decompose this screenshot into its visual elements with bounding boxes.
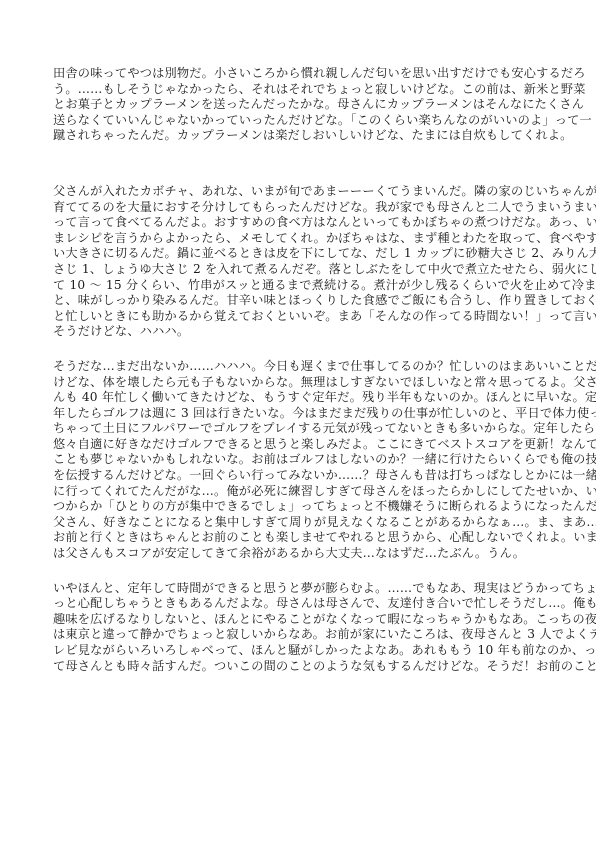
text-line: つからか「ひとりの方が集中できるでしょ」ってちょっと不機嫌そうに断られるようにな… [53,499,537,515]
text-line: 年したらゴルフは週に 3 回は行きたいな。今はまだまだ残りの仕事が忙しいのと、平… [53,406,537,422]
paragraph-kabocha: 父さんが入れたカボチャ、あれな、いまが旬であまーーーくてうまいんだ。隣の家のじい… [53,184,537,340]
text-line: っと心配しちゃうときもあるんだよな。母さんは母さんで、友達付き合いで忙しそうだし… [53,596,537,612]
paragraph-teinen: いやほんと、定年して時間ができると思うと夢が膨らむよ。……でもなあ、現実はどうか… [53,581,537,675]
text-line: ことも夢じゃないかもしれないな。お前はゴルフはしないのか？一緒に行けたらいくらで… [53,452,537,468]
text-line: さじ 1、しょうゆ大さじ 2 を入れて煮るんだぞ。落としぶたをして中火で煮立たせ… [53,262,537,278]
text-line: て母さんとも時々話すんだ。ついこの間のことのような気もするんだけどな。そうだ！お… [53,659,537,675]
text-line: とお菓子とカップラーメンを送ったんだったかな。母さんにカップラーメンはそんなにた… [53,97,537,113]
text-line: まレシピを言うからよかったら、メモしてくれ。かぼちゃはな、まず種とわたを取って、… [53,231,537,247]
text-line: に行ってくれてたんだがな…。俺が必死に練習しすぎて母さんをほったらかしにしてたせ… [53,484,537,500]
paragraph-inaka: 田舎の味ってやつは別物だ。小さいころから慣れ親しんだ匂いを思い出すだけでも安心す… [53,66,537,144]
text-line: 父さんが入れたカボチャ、あれな、いまが旬であまーーーくてうまいんだ。隣の家のじい… [53,184,537,200]
paragraph-golf: そうだな…まだ出ないか……ハハハ。今日も遅くまで仕事してるのか？忙しいのはまあい… [53,359,537,562]
text-line: レビ見ながらいろいろしゃべって、ほんと騒がしかったよなあ。あれももう 10 年も… [53,643,537,659]
text-line: は東京と違って静かでちょっと寂しいからなあ。お前が家にいたころは、夜母さんと 3… [53,627,537,643]
text-line: 送らなくていいんじゃないかっていったんだけどな。「このくらい楽ちんなのがいいのよ… [53,113,537,129]
text-line: て 10 〜 15 分くらい、竹串がスッと通るまで煮続ける。煮汁が少し残るくらい… [53,278,537,294]
text-line: ちゃって土日にフルパワーでゴルフをプレイする元気が残ってないときも多いからな。定… [53,421,537,437]
text-line: と忙しいときにも助かるから覚えておくといいぞ。まあ「そんなの作ってる時間ない！」… [53,309,537,325]
text-line: 趣味を広げるなりしないと、ほんとにやることがなくなって暇になっちゃうかもなあ。こ… [53,612,537,628]
letter-page: 田舎の味ってやつは別物だ。小さいころから慣れ親しんだ匂いを思い出すだけでも安心す… [53,66,537,674]
text-line: 悠々自適に好きなだけゴルフできると思うと楽しみだよ。ここにきてベストスコアを更新… [53,437,537,453]
text-line: は父さんもスコアが安定してきて余裕があるから大丈夫…なはずだ…たぶん。うん。 [53,546,537,562]
text-line: 父さん、好きなことになると集中しすぎて周りが見えなくなることがあるからなぁ…。ま… [53,515,537,531]
text-line: んも 40 年忙しく働いてきたけどな、もうすぐ定年だ。残り半年もないのか。ほんと… [53,390,537,406]
text-line: って言って食べてるんだよ。おすすめの食べ方はなんといってもかぼちゃの煮つけだな。… [53,215,537,231]
text-line: お前と行くときはちゃんとお前のことも楽しませてやれると思うから、心配しないでくれ… [53,530,537,546]
text-line: と、味がしっかり染みるんだ。甘辛い味とほっくりした食感でご飯にも合うし、作り置き… [53,293,537,309]
text-line: そうだな…まだ出ないか……ハハハ。今日も遅くまで仕事してるのか？忙しいのはまあい… [53,359,537,375]
text-line: い大きさに切るんだ。鍋に並べるときは皮を下にしてな、だし 1 カップに砂糖大さじ… [53,246,537,262]
text-line: そうだけどな、ハハハ。 [53,324,537,340]
text-line: う。……もしそうじゃなかったら、それはそれでちょっと寂しいけどな。この前は、新米… [53,82,537,98]
text-line: を伝授するんだけどな。一回ぐらい行ってみないか……？母さんも昔は打ちっぱなしとか… [53,468,537,484]
text-line: いやほんと、定年して時間ができると思うと夢が膨らむよ。……でもなあ、現実はどうか… [53,581,537,597]
text-line: けどな、体を壊したら元も子もないからな。無理はしすぎないでほしいなと常々思ってる… [53,375,537,391]
text-line: 田舎の味ってやつは別物だ。小さいころから慣れ親しんだ匂いを思い出すだけでも安心す… [53,66,537,82]
text-line: 蹴されちゃったんだ。カップラーメンは楽だしおいしいけどな、たまには自炊もしてくれ… [53,128,537,144]
text-line: 育ててるのを大量におすそ分けしてもらったんだけどな。我が家でも母さんと二人でうま… [53,200,537,216]
